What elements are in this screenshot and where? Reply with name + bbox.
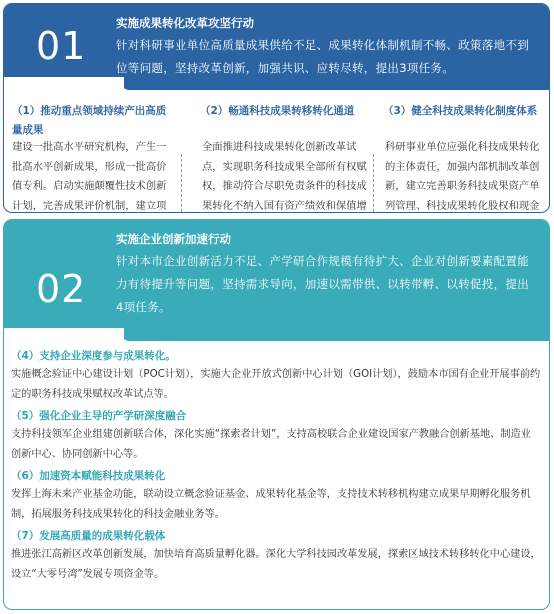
task-title: （7）发展高质量的成果转化载体 (11, 527, 541, 545)
section-header-text: 实施企业创新加速行动 针对本市企业创新活力不足、产学研合作规模有待扩大、企业对创… (116, 230, 535, 319)
task-title: （2）畅通科技成果转移转化通道 (200, 102, 370, 121)
section-number: 02 (36, 267, 86, 311)
task-body: 推进张江高新区改革创新发展，加快培育高质量孵化器。深化大学科技园改革发展，探索区… (11, 545, 541, 584)
column-divider (373, 154, 374, 213)
task-columns: （1）推动重点领域持续产出高质量成果 建设一批高水平研究机构，产生一批高水平创新… (4, 102, 549, 212)
column-divider (181, 154, 182, 213)
task-title: （6）加速资本赋能科技成果转化 (11, 467, 541, 485)
task-title: （4）支持企业深度参与成果转化。 (11, 347, 541, 365)
section-description: 针对科研事业单位高质量成果供给不足、成果转化体制机制不畅、政策落地不到位等问题，… (116, 34, 535, 80)
task-body: 全面推进科技成果转化创新改革试点，实现职务科技成果全部所有权赋权，推动符合尽职免… (202, 138, 372, 213)
list-item: （6）加速资本赋能科技成果转化 发挥上海未来产业基金功能，联动设立概念验证基金、… (11, 467, 541, 524)
section-description: 针对本市企业创新活力不足、产学研合作规模有待扩大、企业对创新要素配置能力有待提升… (116, 250, 535, 319)
task-list: （4）支持企业深度参与成果转化。 实施概念验证中心建设计划（POC计划），实施大… (11, 347, 541, 587)
task-title: （1）推动重点领域持续产出高质量成果 (12, 102, 174, 140)
list-item: （7）发展高质量的成果转化载体 推进张江高新区改革创新发展，加快培育高质量孵化器… (11, 527, 541, 584)
task-column: （2）畅通科技成果转移转化通道 全面推进科技成果转化创新改革试点，实现职务科技成… (200, 102, 370, 121)
task-body: 建设一批高水平研究机构，产生一批高水平创新成果，形成一批高价值专利。启动实施颠覆… (12, 138, 174, 213)
section-title: 实施企业创新加速行动 (116, 230, 535, 248)
section-card-01: 01 实施成果转化改革攻坚行动 针对科研事业单位高质量成果供给不足、成果转化体制… (3, 3, 550, 213)
section-number: 01 (36, 24, 86, 68)
section-card-02: 02 实施企业创新加速行动 针对本市企业创新活力不足、产学研合作规模有待扩大、企… (3, 219, 550, 610)
section-header-01: 01 实施成果转化改革攻坚行动 针对科研事业单位高质量成果供给不足、成果转化体制… (4, 4, 549, 90)
list-item: （5）强化企业主导的产学研深度融合 支持科技领军企业组建创新联合体，深化实施“探… (11, 407, 541, 464)
task-title: （3）健全科技成果转化制度体系 (383, 102, 545, 121)
section-title: 实施成果转化改革攻坚行动 (116, 14, 535, 32)
section-header-text: 实施成果转化改革攻坚行动 针对科研事业单位高质量成果供给不足、成果转化体制机制不… (116, 14, 535, 80)
task-title: （5）强化企业主导的产学研深度融合 (11, 407, 541, 425)
task-body: 实施概念验证中心建设计划（POC计划），实施大企业开放式创新中心计划（GOI计划… (11, 365, 541, 404)
section-header-02: 02 实施企业创新加速行动 针对本市企业创新活力不足、产学研合作规模有待扩大、企… (4, 220, 549, 341)
task-body: 科研事业单位应强化科技成果转化的主体责任，加强内部机制改革创新，建立完善职务科技… (385, 138, 547, 213)
task-column: （3）健全科技成果转化制度体系 科研事业单位应强化科技成果转化的主体责任，加强内… (383, 102, 545, 121)
task-body: 支持科技领军企业组建创新联合体，深化实施“探索者计划”，支持高校联合企业建设国家… (11, 425, 541, 464)
task-column: （1）推动重点领域持续产出高质量成果 建设一批高水平研究机构，产生一批高水平创新… (12, 102, 174, 140)
list-item: （4）支持企业深度参与成果转化。 实施概念验证中心建设计划（POC计划），实施大… (11, 347, 541, 404)
task-body: 发挥上海未来产业基金功能，联动设立概念验证基金、成果转化基金等，支持技术转移机构… (11, 485, 541, 524)
